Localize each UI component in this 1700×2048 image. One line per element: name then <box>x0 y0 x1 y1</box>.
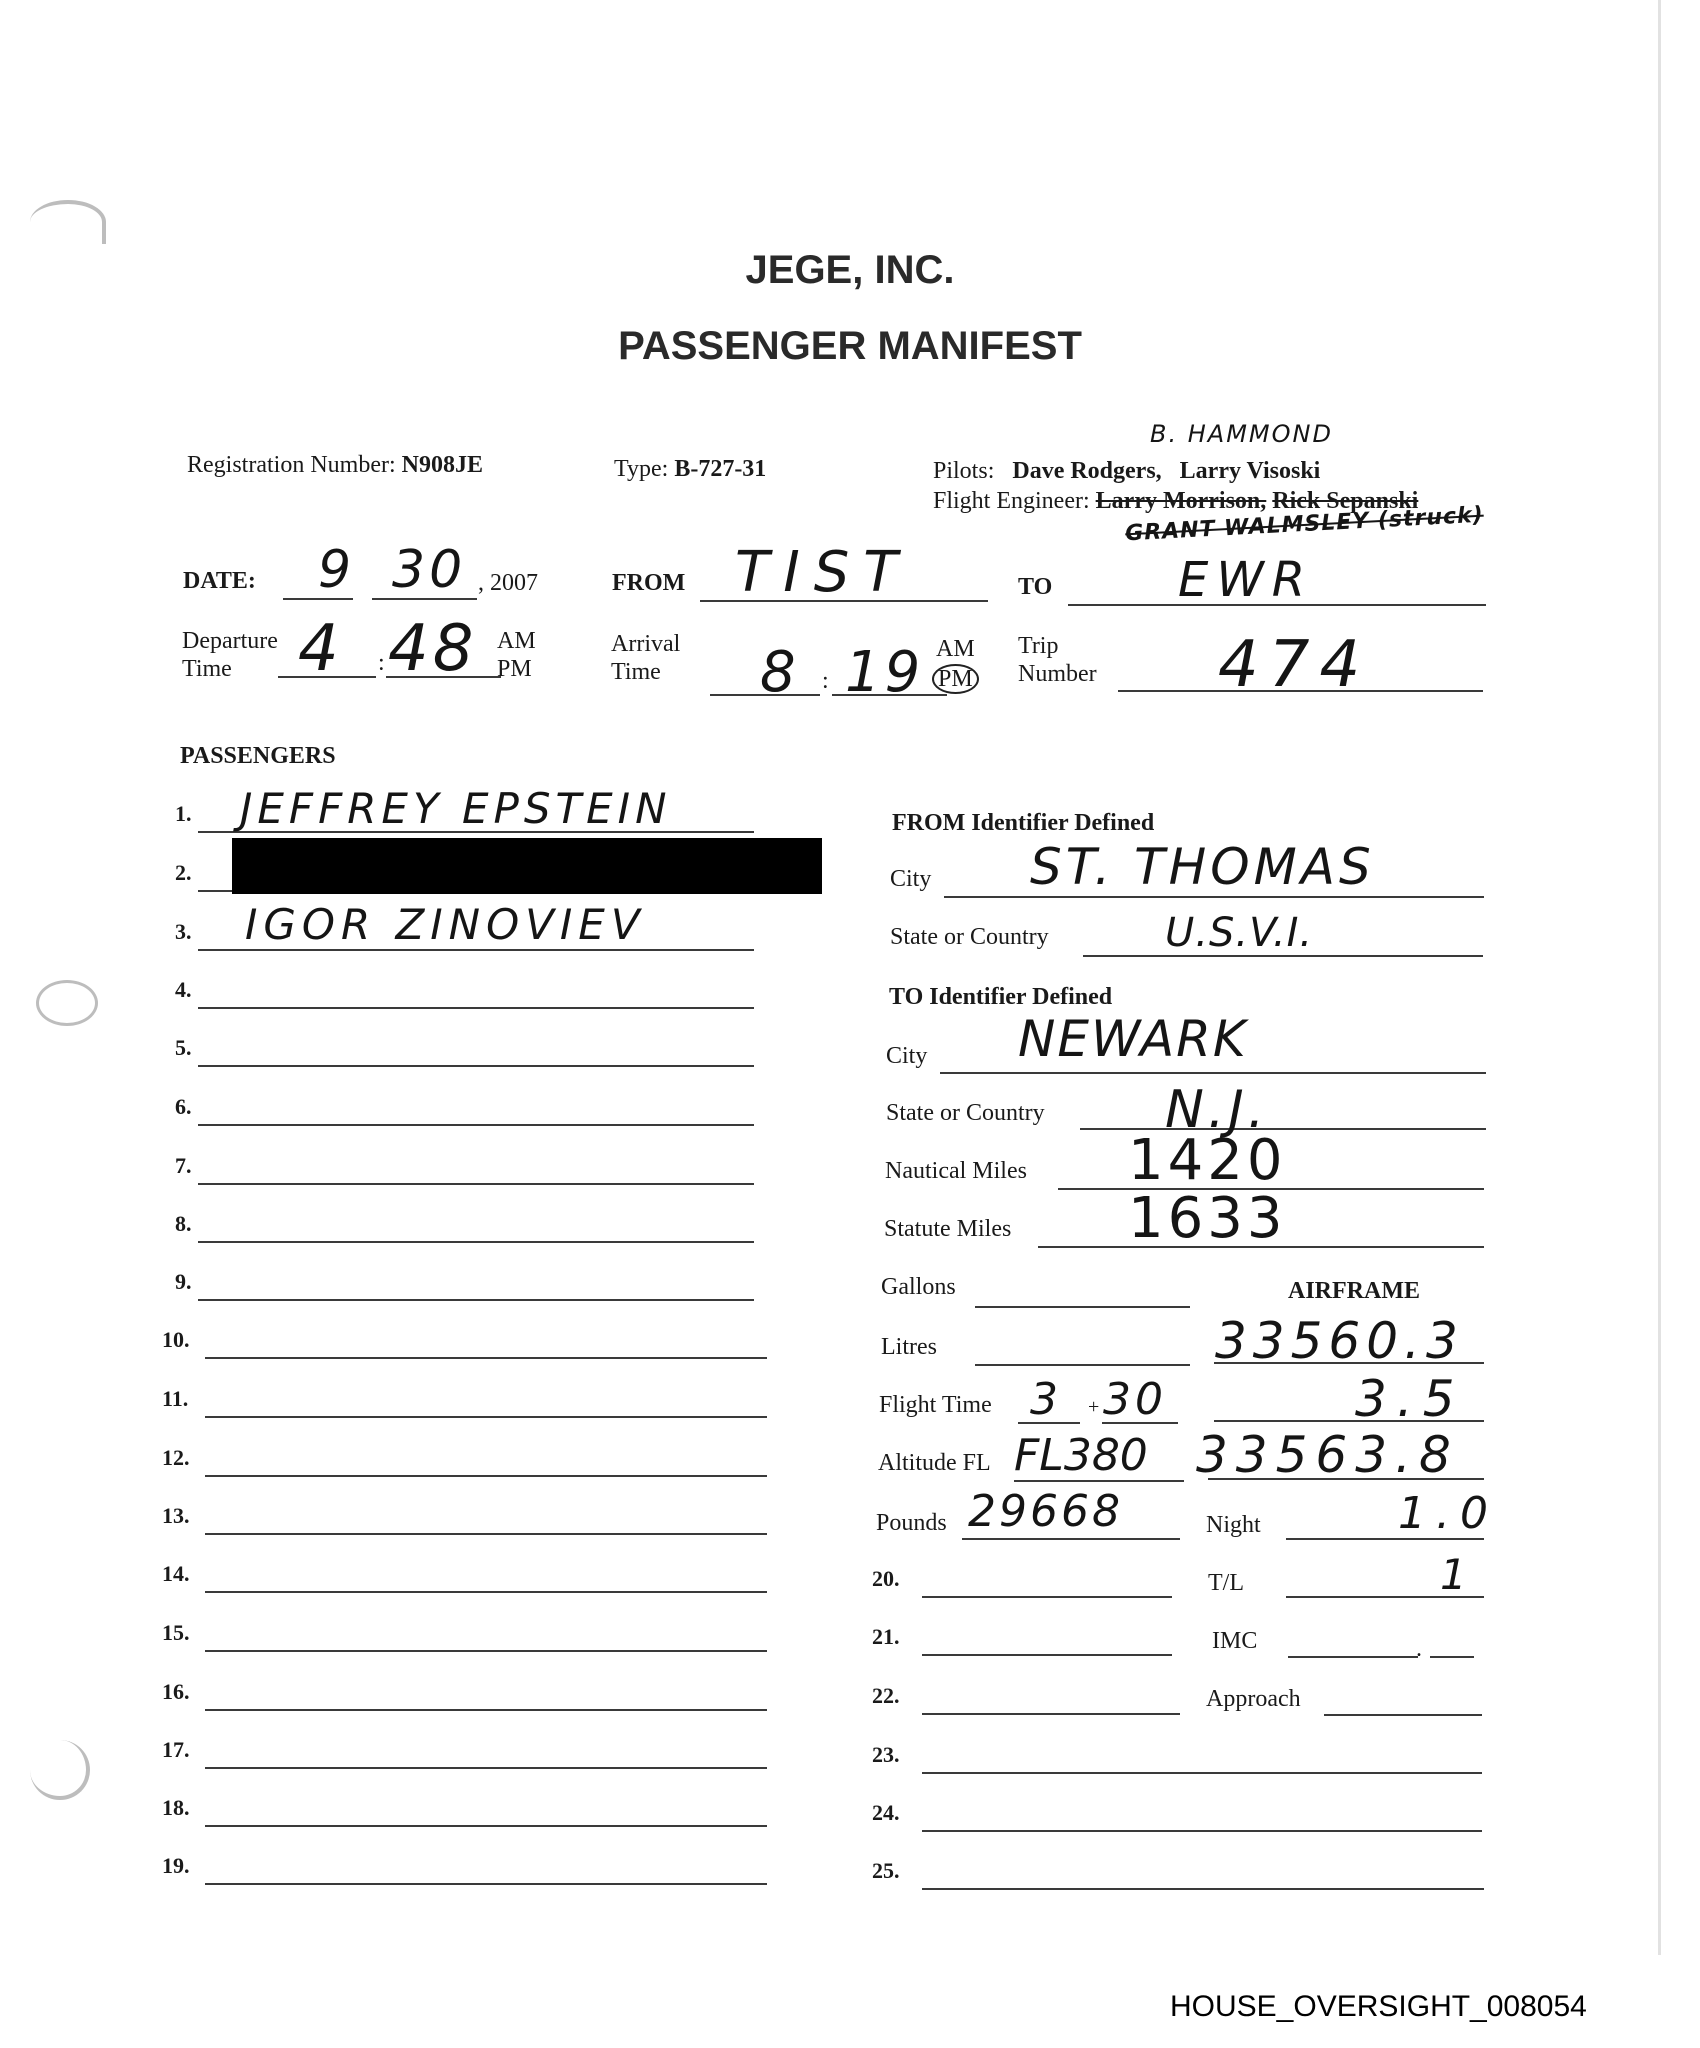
flight-time-minutes-value[interactable]: 30 <box>1103 1374 1167 1425</box>
from-label: FROM <box>612 570 685 597</box>
passenger-row-number: 4. <box>175 977 192 1003</box>
passenger-row-number: 9. <box>175 1269 192 1295</box>
passenger-row-line[interactable] <box>922 1596 1172 1598</box>
trip-number-label: Trip Number <box>1018 632 1097 688</box>
to-city-value[interactable]: NEWARK <box>1018 1010 1248 1068</box>
airframe-end-value[interactable]: 33563.8 <box>1196 1426 1459 1484</box>
type-field: Type: B-727-31 <box>614 456 766 483</box>
passenger-row-line[interactable] <box>205 1650 767 1652</box>
passenger-3-name[interactable]: IGOR ZINOVIEV <box>245 900 646 949</box>
document-title: PASSENGER MANIFEST <box>0 324 1700 369</box>
registration-value: N908JE <box>402 452 483 478</box>
passenger-row-line[interactable] <box>205 1767 767 1769</box>
passenger-row-number: 19. <box>162 1853 190 1879</box>
flight-time-label: Flight Time <box>879 1392 992 1419</box>
passenger-row-line[interactable] <box>198 949 754 951</box>
type-label: Type: <box>614 456 668 482</box>
passenger-row-number: 14. <box>162 1561 190 1587</box>
passenger-row-line[interactable] <box>205 1709 767 1711</box>
passenger-row-number: 2. <box>175 860 192 886</box>
airframe-heading: AIRFRAME <box>1288 1278 1420 1305</box>
departure-hour-value[interactable]: 4 <box>298 612 343 686</box>
arrival-ampm: AM PM <box>932 634 979 694</box>
pounds-line <box>962 1538 1180 1540</box>
gallons-line[interactable] <box>975 1306 1190 1308</box>
passenger-row-number: 23. <box>872 1742 900 1768</box>
registration-field: Registration Number: N908JE <box>187 452 483 479</box>
to-state-label: State or Country <box>886 1100 1045 1127</box>
trip-number-value[interactable]: 474 <box>1218 628 1370 702</box>
type-value: B-727-31 <box>674 456 766 482</box>
pounds-value[interactable]: 29668 <box>968 1486 1123 1537</box>
litres-line[interactable] <box>975 1364 1190 1366</box>
departure-minute-value[interactable]: 48 <box>388 612 477 686</box>
passenger-row-line[interactable] <box>922 1830 1482 1832</box>
passenger-row-line[interactable] <box>205 1357 767 1359</box>
imc-decimal-line[interactable] <box>1430 1656 1474 1658</box>
from-state-value[interactable]: U.S.V.I. <box>1165 910 1313 956</box>
departure-ampm: AM PM <box>497 627 536 683</box>
time-colon: : <box>822 668 829 695</box>
passenger-row-line[interactable] <box>205 1591 767 1593</box>
passenger-row-number: 21. <box>872 1624 900 1650</box>
passenger-row-line[interactable] <box>922 1772 1482 1774</box>
passenger-2-redaction <box>232 838 822 894</box>
date-label: DATE: <box>183 568 256 595</box>
from-city-line <box>944 896 1484 898</box>
flight-engineer-label: Flight Engineer: <box>933 488 1090 514</box>
passenger-row-line[interactable] <box>922 1888 1484 1890</box>
date-day-value[interactable]: 30 <box>392 540 466 600</box>
flight-engineer-struck-1: Larry Morrison, <box>1096 488 1267 514</box>
nautical-miles-value[interactable]: 1420 <box>1128 1128 1287 1193</box>
airframe-flight-value[interactable]: 3.5 <box>1355 1370 1465 1428</box>
from-value[interactable]: TIST <box>735 540 911 605</box>
passenger-row-number: 6. <box>175 1094 192 1120</box>
to-city-label: City <box>886 1043 927 1070</box>
passenger-row-line[interactable] <box>198 1007 754 1009</box>
from-state-label: State or Country <box>890 924 1049 951</box>
passenger-row-number: 13. <box>162 1503 190 1529</box>
passenger-row-number: 16. <box>162 1679 190 1705</box>
pilot-handwritten-addition: B. HAMMOND <box>1150 420 1333 448</box>
company-name: JEGE, INC. <box>0 248 1700 293</box>
passenger-row-number: 25. <box>872 1858 900 1884</box>
passenger-row-number: 5. <box>175 1035 192 1061</box>
from-city-label: City <box>890 866 931 893</box>
flight-time-plus: + <box>1088 1396 1099 1419</box>
passenger-row-number: 22. <box>872 1683 900 1709</box>
altitude-value[interactable]: FL380 <box>1014 1430 1148 1481</box>
to-city-line <box>940 1072 1486 1074</box>
pilots-field: Pilots: Dave Rodgers, Larry Visoski <box>933 458 1320 485</box>
arrival-minute-value[interactable]: 19 <box>845 640 924 705</box>
passenger-row-line[interactable] <box>205 1533 767 1535</box>
pilots-label: Pilots: <box>933 458 994 484</box>
to-value[interactable]: EWR <box>1178 552 1313 608</box>
bates-number: HOUSE_OVERSIGHT_008054 <box>1170 1990 1587 2024</box>
passenger-row-line[interactable] <box>205 1883 767 1885</box>
night-label: Night <box>1206 1512 1261 1539</box>
passengers-heading: PASSENGERS <box>180 743 336 770</box>
passenger-row-number: 24. <box>872 1800 900 1826</box>
passenger-row-number: 12. <box>162 1445 190 1471</box>
page-edge <box>1658 0 1661 1955</box>
imc-decimal: . <box>1416 1636 1422 1663</box>
arrival-pm-selected[interactable]: PM <box>932 664 979 694</box>
nautical-miles-label: Nautical Miles <box>885 1158 1027 1185</box>
hole-punch-mark <box>36 980 98 1026</box>
airframe-start-value[interactable]: 33560.3 <box>1215 1312 1464 1370</box>
hole-punch-mark <box>30 1740 90 1800</box>
passenger-row-number: 17. <box>162 1737 190 1763</box>
passenger-row-line[interactable] <box>922 1713 1180 1715</box>
passenger-row-line[interactable] <box>198 1065 754 1067</box>
from-identifier-heading: FROM Identifier Defined <box>892 810 1154 837</box>
approach-line[interactable] <box>1324 1714 1482 1716</box>
tl-value[interactable]: 1 <box>1440 1550 1471 1599</box>
passenger-row-number: 1. <box>175 801 192 827</box>
from-city-value[interactable]: ST. THOMAS <box>1030 838 1375 896</box>
to-identifier-heading: TO Identifier Defined <box>889 984 1112 1011</box>
imc-line[interactable] <box>1288 1656 1418 1658</box>
passenger-row-line[interactable] <box>198 1299 754 1301</box>
time-colon: : <box>378 650 385 677</box>
passenger-row-line[interactable] <box>198 1124 754 1126</box>
passenger-row-number: 7. <box>175 1153 192 1179</box>
passenger-row-line[interactable] <box>198 1241 754 1243</box>
passenger-row-line[interactable] <box>205 1416 767 1418</box>
approach-label: Approach <box>1206 1686 1301 1713</box>
passenger-row-line[interactable] <box>198 1183 754 1185</box>
gallons-label: Gallons <box>881 1274 956 1301</box>
imc-label: IMC <box>1212 1628 1257 1655</box>
flight-time-hours-value[interactable]: 3 <box>1030 1374 1062 1425</box>
date-year: , 2007 <box>478 570 538 597</box>
passenger-row-line[interactable] <box>922 1654 1172 1656</box>
arrival-label: Arrival Time <box>611 630 680 686</box>
statute-miles-value[interactable]: 1633 <box>1128 1186 1287 1251</box>
passenger-1-name[interactable]: JEFFREY EPSTEIN <box>240 784 672 833</box>
passenger-row-line[interactable] <box>205 1825 767 1827</box>
date-month-value[interactable]: 9 <box>318 540 355 600</box>
passenger-row-number: 15. <box>162 1620 190 1646</box>
statute-miles-label: Statute Miles <box>884 1216 1011 1243</box>
passenger-row-number: 3. <box>175 919 192 945</box>
pilots-value: Dave Rodgers, Larry Visoski <box>1012 458 1320 484</box>
departure-label: Departure Time <box>182 627 278 683</box>
passenger-row-number: 18. <box>162 1795 190 1821</box>
arrival-hour-value[interactable]: 8 <box>760 640 800 705</box>
altitude-label: Altitude FL <box>878 1450 991 1477</box>
passenger-row-number: 11. <box>162 1386 188 1412</box>
litres-label: Litres <box>881 1334 937 1361</box>
passenger-row-number: 8. <box>175 1211 192 1237</box>
registration-label: Registration Number: <box>187 452 396 478</box>
tl-label: T/L <box>1208 1570 1244 1597</box>
passenger-row-number: 10. <box>162 1327 190 1353</box>
pounds-label: Pounds <box>876 1510 947 1537</box>
passenger-row-number: 20. <box>872 1566 900 1592</box>
night-value[interactable]: 1.0 <box>1398 1488 1498 1539</box>
passenger-row-line[interactable] <box>205 1475 767 1477</box>
to-label: TO <box>1018 574 1052 601</box>
hole-punch-mark <box>30 200 106 244</box>
